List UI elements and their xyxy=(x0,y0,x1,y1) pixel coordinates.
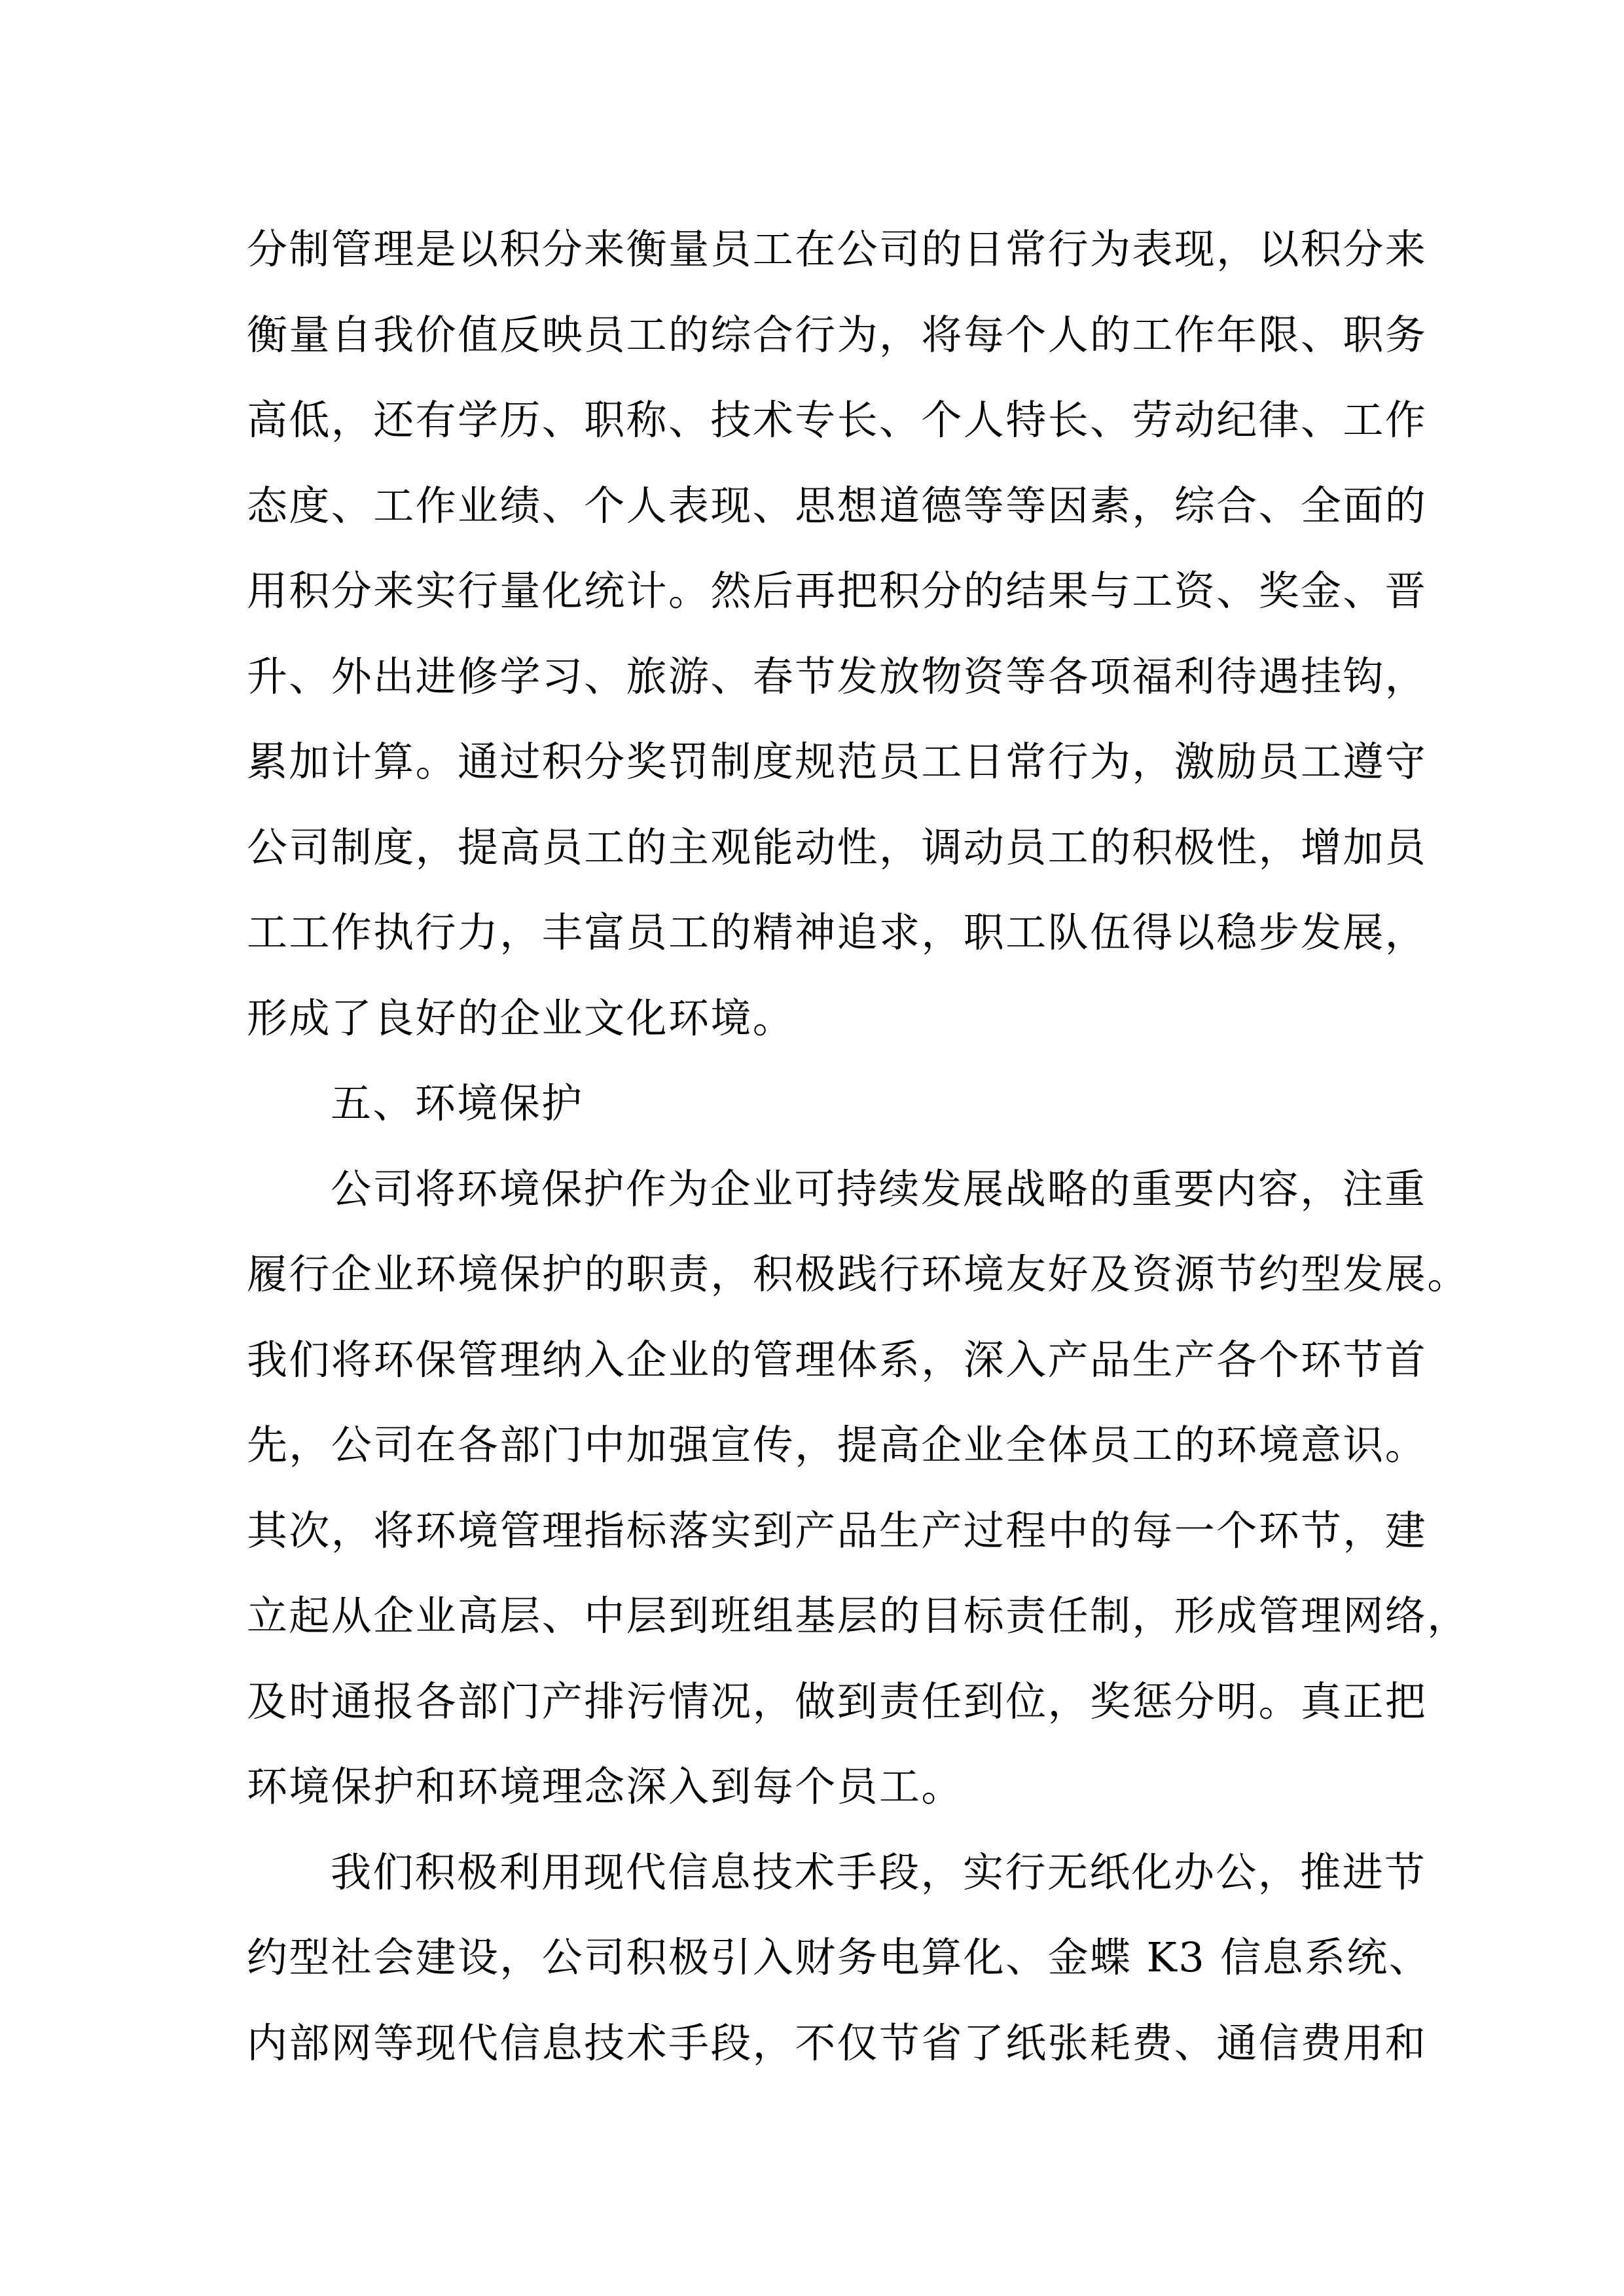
paragraph-line: 立起从企业高层、中层到班组基层的目标责任制，形成管理网络， xyxy=(247,1573,1389,1659)
paragraph-line: 履行企业环境保护的职责，积极践行环境友好及资源节约型发展。 xyxy=(247,1232,1389,1318)
paragraph-line: 我们积极利用现代信息技术手段，实行无纸化办公，推进节 xyxy=(247,1830,1389,1916)
paragraph-line: 工工作执行力，丰富员工的精神追求，职工队伍得以稳步发展， xyxy=(247,890,1389,976)
paragraph-line: 及时通报各部门产排污情况，做到责任到位，奖惩分明。真正把 xyxy=(247,1659,1389,1745)
paragraph-line: 累加计算。通过积分奖罚制度规范员工日常行为，激励员工遵守 xyxy=(247,719,1389,805)
paragraph-line: 公司制度，提高员工的主观能动性，调动员工的积极性，增加员 xyxy=(247,805,1389,891)
paragraph-line: 态度、工作业绩、个人表现、思想道德等等因素，综合、全面的 xyxy=(247,463,1389,549)
paragraph-line: 分制管理是以积分来衡量员工在公司的日常行为表现，以积分来 xyxy=(247,207,1389,293)
paragraph-line: 先，公司在各部门中加强宣传，提高企业全体员工的环境意识。 xyxy=(247,1403,1389,1488)
section-heading: 五、环境保护 xyxy=(247,1061,1389,1147)
paragraph-line: 形成了良好的企业文化环境。 xyxy=(247,976,1389,1062)
paragraph-line: 升、外出进修学习、旅游、春节发放物资等各项福利待遇挂钩， xyxy=(247,634,1389,720)
paragraph-line: 用积分来实行量化统计。然后再把积分的结果与工资、奖金、晋 xyxy=(247,548,1389,634)
document-body: 分制管理是以积分来衡量员工在公司的日常行为表现，以积分来 衡量自我价值反映员工的… xyxy=(247,207,1389,2086)
paragraph-line: 高低，还有学历、职称、技术专长、个人特长、劳动纪律、工作 xyxy=(247,378,1389,463)
paragraph-line: 公司将环境保护作为企业可持续发展战略的重要内容，注重 xyxy=(247,1147,1389,1232)
paragraph-line: 衡量自我价值反映员工的综合行为，将每个人的工作年限、职务 xyxy=(247,293,1389,378)
paragraph-line: 其次，将环境管理指标落实到产品生产过程中的每一个环节，建 xyxy=(247,1488,1389,1574)
paragraph-line: 内部网等现代信息技术手段，不仅节省了纸张耗费、通信费用和 xyxy=(247,2001,1389,2087)
paragraph-line: 环境保护和环境理念深入到每个员工。 xyxy=(247,1744,1389,1830)
paragraph-line: 约型社会建设，公司积极引入财务电算化、金蝶 K3 信息系统、 xyxy=(247,1915,1389,2001)
paragraph-line: 我们将环保管理纳入企业的管理体系，深入产品生产各个环节首 xyxy=(247,1318,1389,1403)
